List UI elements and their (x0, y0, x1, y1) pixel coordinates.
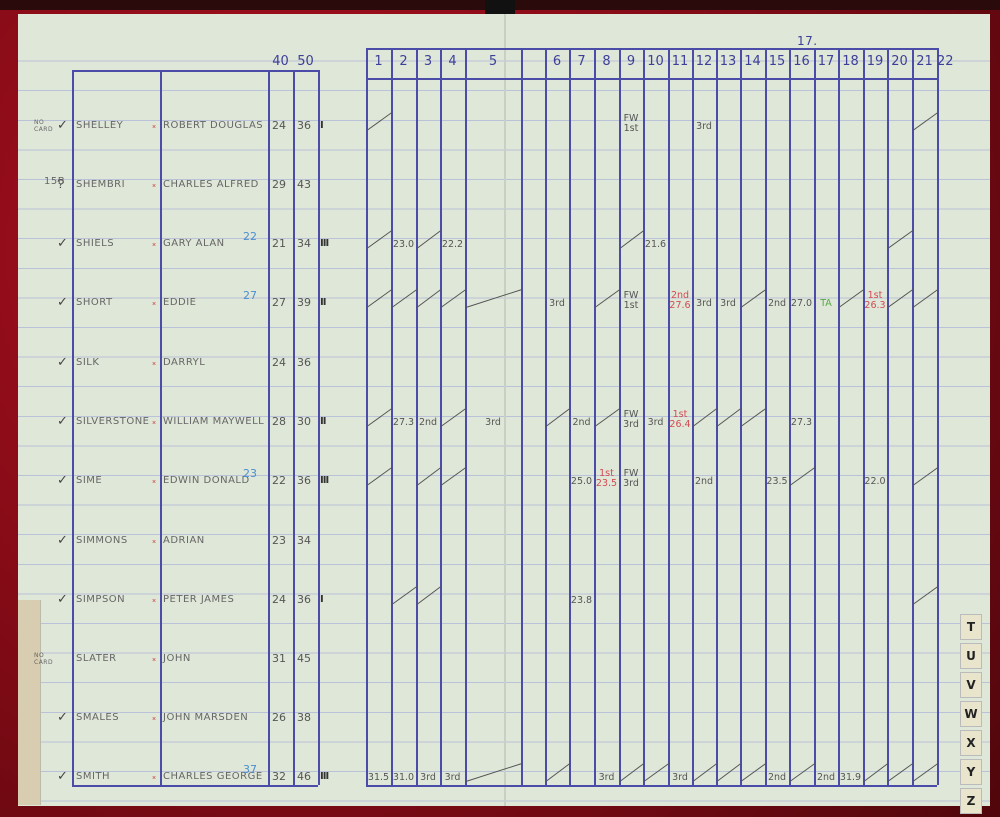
value-40: 23 (272, 534, 286, 547)
given-names: PETER JAMES (163, 594, 234, 605)
x-mark: × (152, 657, 156, 664)
tally: III (320, 238, 328, 249)
left-page (18, 14, 506, 806)
check-mark: ✓ (57, 472, 68, 488)
value-40: 26 (272, 711, 286, 724)
blue-annotation: 23 (243, 467, 257, 480)
value-40: 24 (272, 119, 286, 132)
result-entry: 23.0 (391, 240, 416, 250)
result-entry: 27.0 (789, 299, 814, 309)
tally: III (320, 475, 328, 486)
right-page (506, 14, 990, 806)
event-column-header: 18 (838, 50, 863, 74)
x-mark: × (152, 479, 156, 486)
result-entry: 2nd (416, 418, 440, 428)
given-names: JOHN (163, 653, 191, 664)
result-entry: FW 1st (619, 114, 643, 134)
check-mark: ✓ (57, 768, 68, 784)
column-rule (937, 48, 939, 785)
value-50: 38 (297, 711, 311, 724)
event-column-header: 15 (765, 50, 789, 74)
value-40: 32 (272, 770, 286, 783)
given-names: ROBERT DOUGLAS (163, 120, 263, 131)
surname: SLATER (76, 653, 117, 664)
column-rule (863, 48, 865, 785)
value-40: 31 (272, 652, 286, 665)
column-rule (416, 48, 418, 785)
result-entry: 23.8 (569, 596, 594, 606)
value-40: 24 (272, 356, 286, 369)
column-rule (465, 48, 467, 785)
column-rule (887, 48, 889, 785)
event-column-header: 8 (594, 50, 619, 74)
result-entry: 31.0 (391, 773, 416, 783)
result-entry: 3rd (643, 418, 668, 428)
row-note: NO CARD (34, 652, 56, 666)
index-tab-w[interactable]: W (960, 701, 982, 727)
event-column-header: 21 (912, 50, 937, 74)
event-column-header: 5 (465, 50, 521, 74)
surname: SMITH (76, 771, 110, 782)
value-50: 36 (297, 356, 311, 369)
result-entry: TA (814, 299, 838, 309)
value-50: 46 (297, 770, 311, 783)
surname: SMALES (76, 712, 119, 723)
check-mark: ✓ (57, 532, 68, 548)
tally: II (320, 416, 325, 427)
header-rule (366, 78, 521, 80)
value-40: 24 (272, 593, 286, 606)
index-tab-z[interactable]: Z (960, 788, 982, 814)
x-mark: × (152, 301, 156, 308)
event-column-header: 13 (716, 50, 740, 74)
given-names: ADRIAN (163, 535, 205, 546)
x-mark: × (152, 598, 156, 605)
bottom-rule (366, 785, 521, 787)
column-rule (814, 48, 816, 785)
surname: SHEMBRI (76, 179, 125, 190)
surname: SIME (76, 475, 102, 486)
surname: SHORT (76, 297, 113, 308)
event-column-header: 10 (643, 50, 668, 74)
column-rule (838, 48, 840, 785)
bottom-rule (521, 785, 937, 787)
column-rule (366, 48, 368, 785)
result-entry: 25.0 (569, 477, 594, 487)
blue-annotation: 22 (243, 230, 257, 243)
event-column-header: 6 (545, 50, 569, 74)
column-rule (521, 48, 523, 785)
column-rule (268, 70, 270, 785)
event-column-header: 7 (569, 50, 594, 74)
column-rule (569, 48, 571, 785)
value-40: 27 (272, 296, 286, 309)
result-entry: 2nd (569, 418, 594, 428)
event-column-header: 16 (789, 50, 814, 74)
blue-annotation: 37 (243, 763, 257, 776)
tally: I (320, 120, 323, 131)
bottom-rule (72, 785, 318, 787)
value-50: 39 (297, 296, 311, 309)
result-entry: FW 1st (619, 291, 643, 311)
x-mark: × (152, 420, 156, 427)
given-names: EDDIE (163, 297, 197, 308)
event-column-header: 4 (440, 50, 465, 74)
given-names: DARRYL (163, 357, 205, 368)
result-entry: 31.9 (838, 773, 863, 783)
result-entry: 22.0 (863, 477, 887, 487)
column-rule (740, 48, 742, 785)
result-entry: 3rd (692, 299, 716, 309)
event-column-header: 3 (416, 50, 440, 74)
check-mark: ✓ (57, 413, 68, 429)
page-edge (18, 600, 41, 805)
result-entry: 31.5 (366, 773, 391, 783)
tally: III (320, 771, 328, 782)
result-entry: 3rd (465, 418, 521, 428)
value-50: 36 (297, 593, 311, 606)
result-entry: FW 3rd (619, 469, 643, 489)
index-tab-u[interactable]: U (960, 643, 982, 669)
event-column-header: 20 (887, 50, 912, 74)
given-names: GARY ALAN (163, 238, 225, 249)
result-entry: 2nd (814, 773, 838, 783)
surname: SILK (76, 357, 99, 368)
surname: SIMMONS (76, 535, 128, 546)
value-40: 29 (272, 178, 286, 191)
given-names: WILLIAM MAYWELL (163, 416, 264, 427)
result-entry: 3rd (668, 773, 692, 783)
result-entry: 1st 23.5 (594, 469, 619, 489)
check-mark: ✓ (57, 709, 68, 725)
check-mark: ✓ (57, 591, 68, 607)
index-tab-y[interactable]: Y (960, 759, 982, 785)
tally: II (320, 297, 325, 308)
result-entry: 3rd (440, 773, 465, 783)
x-mark: × (152, 775, 156, 782)
value-50: 34 (297, 237, 311, 250)
value-50: 36 (297, 474, 311, 487)
value-40: 28 (272, 415, 286, 428)
surname: SILVERSTONE (76, 416, 150, 427)
value-40: 22 (272, 474, 286, 487)
surname: SIMPSON (76, 594, 125, 605)
top-note: 17. (797, 34, 818, 48)
header-40: 40 (268, 50, 293, 74)
column-rule (594, 48, 596, 785)
result-entry: 2nd (765, 299, 789, 309)
event-column-header: 19 (863, 50, 887, 74)
x-mark: × (152, 124, 156, 131)
value-50: 36 (297, 119, 311, 132)
given-names: JOHN MARSDEN (163, 712, 248, 723)
column-rule (643, 48, 645, 785)
result-entry: 1st 26.4 (668, 410, 692, 430)
blue-annotation: 27 (243, 289, 257, 302)
result-entry: 3rd (416, 773, 440, 783)
result-entry: 3rd (692, 122, 716, 132)
result-entry: 3rd (594, 773, 619, 783)
event-column-header: 1 (366, 50, 391, 74)
index-tab-x[interactable]: X (960, 730, 982, 756)
surname: SHELLEY (76, 120, 123, 131)
value-50: 43 (297, 178, 311, 191)
column-rule (160, 70, 162, 785)
header-50: 50 (293, 50, 318, 74)
result-entry: 3rd (545, 299, 569, 309)
column-rule (440, 48, 442, 785)
result-entry: 27.3 (391, 418, 416, 428)
result-entry: 27.3 (789, 418, 814, 428)
row-note: 15B (44, 178, 74, 185)
event-column-header: 11 (668, 50, 692, 74)
x-mark: × (152, 183, 156, 190)
result-entry: FW 3rd (619, 410, 643, 430)
column-rule (293, 70, 295, 785)
result-entry: 22.2 (440, 240, 465, 250)
row-note: NO CARD (34, 119, 56, 133)
result-entry: 21.6 (643, 240, 668, 250)
check-mark: ✓ (57, 235, 68, 251)
value-50: 45 (297, 652, 311, 665)
result-entry: 23.5 (765, 477, 789, 487)
event-column-header: 9 (619, 50, 643, 74)
x-mark: × (152, 242, 156, 249)
check-mark: ✓ (57, 117, 68, 133)
value-50: 30 (297, 415, 311, 428)
column-rule (318, 70, 320, 785)
column-rule (716, 48, 718, 785)
value-40: 21 (272, 237, 286, 250)
event-column-header: 12 (692, 50, 716, 74)
column-rule (765, 48, 767, 785)
check-mark: ✓ (57, 294, 68, 310)
surname: SHIELS (76, 238, 114, 249)
result-entry: 3rd (716, 299, 740, 309)
given-names: EDWIN DONALD (163, 475, 250, 486)
spine-clip (485, 0, 515, 14)
value-50: 34 (297, 534, 311, 547)
result-entry: 2nd (692, 477, 716, 487)
result-entry: 1st 26.3 (863, 291, 887, 311)
x-mark: × (152, 361, 156, 368)
column-rule (912, 48, 914, 785)
event-column-header: 17 (814, 50, 838, 74)
event-column-header: 22 (937, 50, 954, 74)
event-column-header: 2 (391, 50, 416, 74)
x-mark: × (152, 716, 156, 723)
column-rule (692, 48, 694, 785)
check-mark: ✓ (57, 354, 68, 370)
tally: I (320, 594, 323, 605)
event-column-header: 14 (740, 50, 765, 74)
result-entry: 2nd 27.6 (668, 291, 692, 311)
column-rule (545, 48, 547, 785)
header-rule (521, 78, 937, 80)
index-tab-t[interactable]: T (960, 614, 982, 640)
result-entry: 2nd (765, 773, 789, 783)
given-names: CHARLES ALFRED (163, 179, 259, 190)
index-tab-v[interactable]: V (960, 672, 982, 698)
x-mark: × (152, 539, 156, 546)
